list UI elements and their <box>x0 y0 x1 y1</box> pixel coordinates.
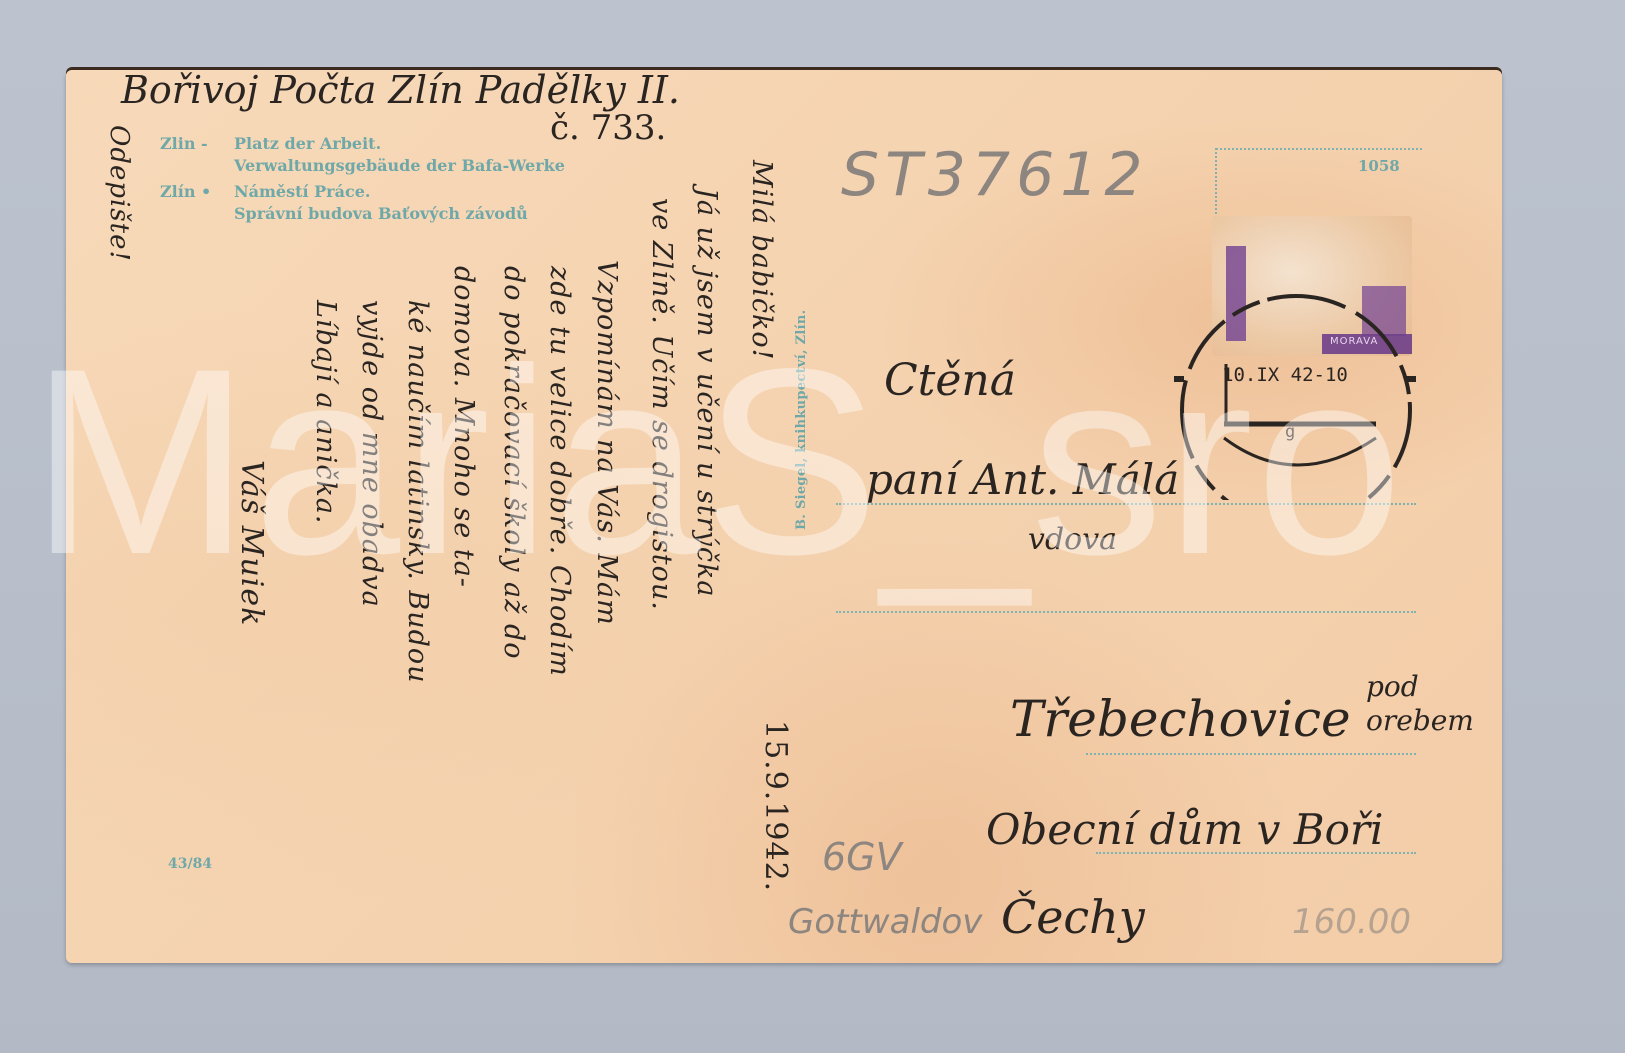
caption-title-cz: Náměstí Práce. <box>234 181 370 203</box>
side-note: Odepište! <box>104 125 134 262</box>
stamp-box-top <box>1216 148 1422 150</box>
address-line-2 <box>836 611 1416 613</box>
handwritten-header: Bořivoj Počta Zlín Padělky II. <box>121 68 680 112</box>
caption-subtitle-cz: Správní budova Baťových závodů <box>160 203 565 225</box>
printed-caption: Zlin - Platz der Arbeit. Verwaltungsgebä… <box>160 133 565 225</box>
caption-city-cz: Zlín • <box>160 181 234 203</box>
recipient-town: Třebechovice <box>1010 690 1351 748</box>
stamp-box-number: 1058 <box>1358 157 1400 175</box>
handwritten-number: č. 733. <box>550 108 666 148</box>
stamp-box-left <box>1215 148 1217 218</box>
caption-subtitle-de: Verwaltungsgebäude der Bafa-Werke <box>160 155 565 177</box>
recipient-town-note: pod orebem <box>1366 670 1516 737</box>
recipient-region: Čechy <box>1001 890 1145 944</box>
address-line-3 <box>1086 753 1416 755</box>
pencil-note-code: 6GV <box>822 835 902 879</box>
pencil-note-town: Gottwaldov <box>788 902 982 942</box>
inventory-code: ST37612 <box>841 140 1149 210</box>
message-date: 15.9.1942. <box>758 720 793 892</box>
caption-title-de: Platz der Arbeit. <box>234 133 381 155</box>
caption-city-de: Zlin - <box>160 133 234 155</box>
recipient-address: Obecní dům v Boři <box>986 805 1383 854</box>
pencil-note-price: 160.00 <box>1292 902 1411 942</box>
watermark: MariaS_sro <box>30 330 1405 595</box>
serial-number: 43/84 <box>168 856 212 872</box>
